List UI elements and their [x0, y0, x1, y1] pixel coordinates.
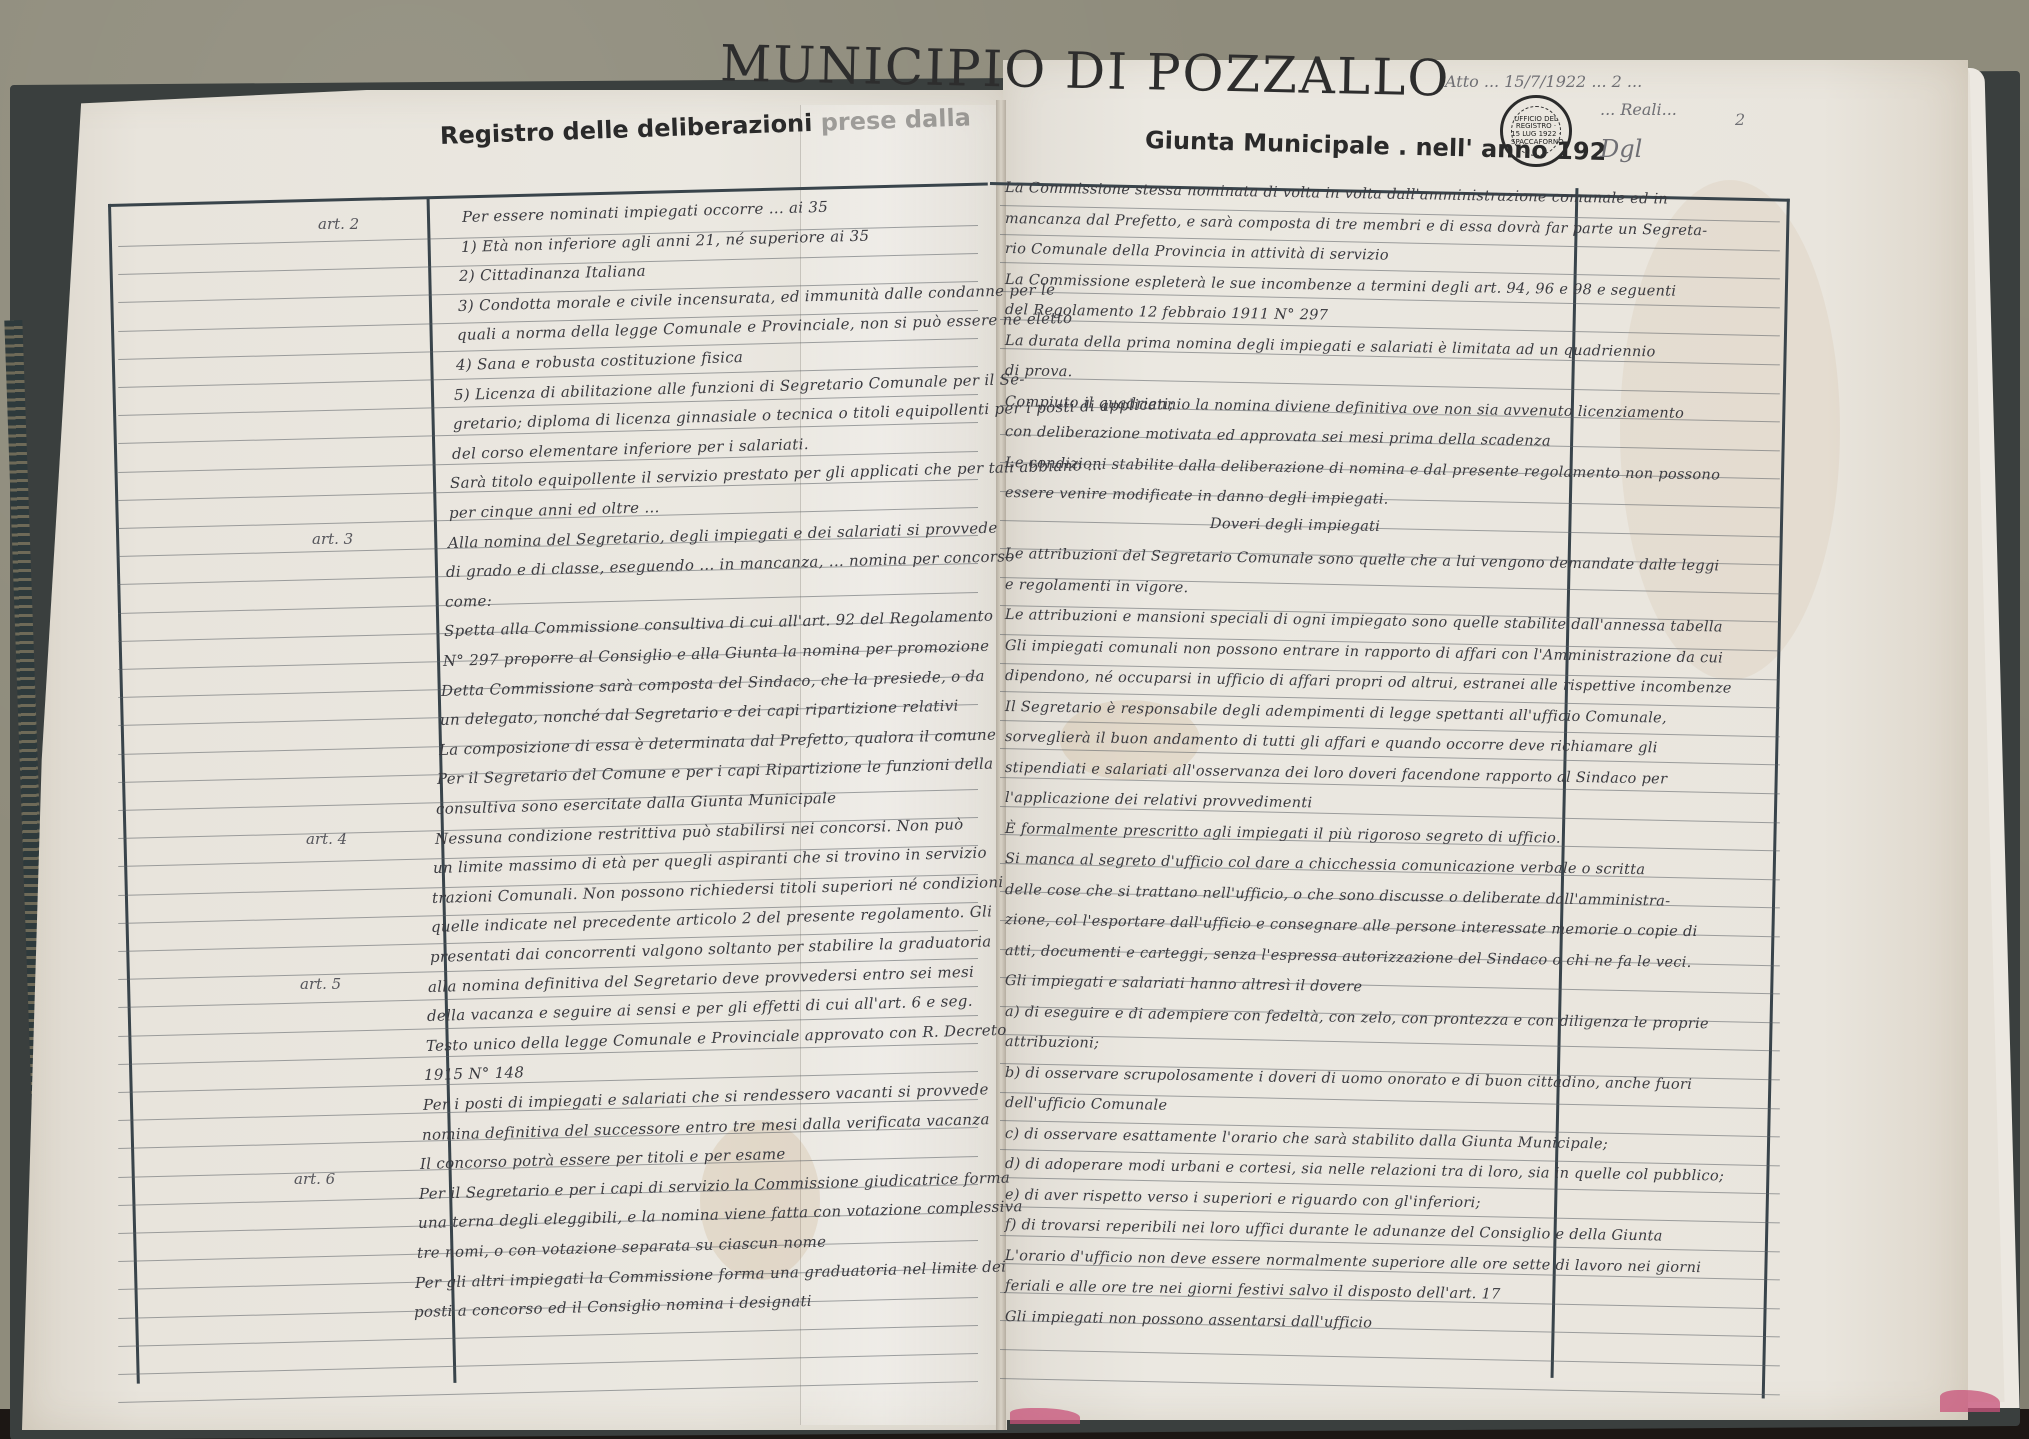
subtitle-faint-text: prese dalla — [820, 103, 971, 136]
article-margin-label: art. 2 — [318, 215, 359, 233]
page-number: 2 — [1735, 110, 1745, 129]
handwritten-line: dell'ufficio Comunale — [1005, 1095, 1168, 1114]
handwritten-line: 1915 N° 148 — [424, 1064, 525, 1085]
registry-stamp: UFFICIO DEL REGISTRO · 15 LUG 1922 · SPA… — [1500, 95, 1572, 167]
signature: Dgl — [1600, 135, 1642, 163]
pencil-annotation-sub: ... Reali... — [1600, 100, 1677, 119]
pink-page-edge — [1010, 1408, 1080, 1424]
handwritten-line: come: — [445, 591, 493, 610]
section-heading: Doveri degli impiegati — [1210, 516, 1380, 535]
article-margin-label: art. 3 — [312, 530, 353, 548]
article-margin-label: art. 4 — [306, 830, 347, 848]
handwritten-line: attribuzioni; — [1005, 1034, 1100, 1052]
pencil-annotation: Atto ... 15/7/1922 ... 2 ... — [1445, 72, 1642, 91]
handwritten-line: e regolamenti in vigore. — [1005, 577, 1189, 596]
handwritten-line: di prova. — [1005, 363, 1073, 380]
stamp-text: UFFICIO DEL REGISTRO · 15 LUG 1922 · SPA… — [1511, 116, 1561, 147]
article-margin-label: art. 5 — [300, 975, 341, 993]
article-margin-label: art. 6 — [294, 1170, 335, 1188]
